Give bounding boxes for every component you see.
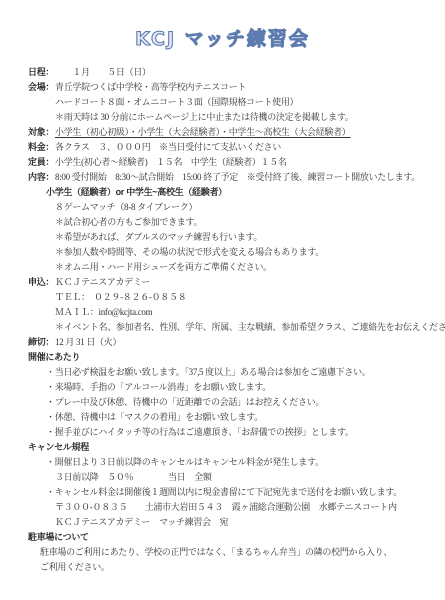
document-body: 日程： １月 ５日（日）会場：青丘学院つくば中学校・高等学校内テニスコートハード… [0, 65, 445, 575]
line-text: 12 月 31 日（火） [55, 337, 121, 347]
field-label: 料金： [28, 140, 55, 155]
field-label: 申込： [28, 275, 55, 290]
doc-line: 締切：12 月 31 日（火） [0, 335, 445, 350]
document-page: KCJ マッチ練習会 日程： １月 ５日（日）会場：青丘学院つくば中学校・高等学… [0, 0, 445, 600]
line-text: ＊イベント名、参加者名、性別、学年、所属、主な戦績、参加希望クラス、ご連絡先をお… [55, 322, 445, 332]
doc-line: 会場：青丘学院つくば中学校・高等学校内テニスコート [0, 80, 445, 95]
field-label: 開催にあたり [28, 350, 80, 365]
doc-line: ハードコート８面・オムニコート３面（国際規格コート使用） [0, 95, 445, 110]
line-text: 駐車場のご利用にあたり、学校の正門ではなく、「まるちゃん弁当」の隣の校門から入り… [40, 547, 392, 557]
line-text: ・握手並びにハイタッチ等の行為はご遠慮頂き、「お辞儀での挨拶」とします。 [46, 427, 354, 437]
doc-line: ＊オムニ用・ハード用シューズを両方ご準備ください。 [0, 260, 445, 275]
line-text: ＫＣＪテニスアカデミー [55, 277, 150, 287]
section-heading-line: キャンセル規程 [0, 440, 445, 455]
field-label: 対象： [28, 125, 55, 140]
line-text: ・キャンセル料金は開催後１週間以内に現金書留にて下記宛先まで送付をお願い致します… [46, 487, 402, 497]
doc-line: ご利用ください。 [0, 560, 445, 575]
doc-line: 小学生（経験者）or 中学生~高校生（経験者） [0, 185, 445, 200]
line-text: ＫＣＪテニスアカデミー マッチ練習会 宛 [55, 517, 228, 527]
line-text: ご利用ください。 [40, 562, 110, 572]
section-heading-line: 開催にあたり [0, 350, 445, 365]
doc-line: ＊希望があれば、ダブルスのマッチ練習も行います。 [0, 230, 445, 245]
line-text: ・来場時、手指の「アルコール消毒」をお願い致します。 [46, 382, 271, 392]
line-text: ・休憩、待機中は「マスクの着用」をお願い致します。 [46, 412, 263, 422]
line-text: ＊雨天時は 30 分前にホームページ上に中止または待機の決定を掲載します。 [55, 112, 354, 122]
field-label: 締切： [28, 335, 55, 350]
line-text: 小学生（経験者）or 中学生~高校生（経験者） [46, 187, 227, 197]
doc-line: ＊試合初心者の方もご参加できます。 [0, 215, 445, 230]
line-text: ＊オムニ用・ハード用シューズを両方ご準備ください。 [55, 262, 272, 272]
doc-line: ＊雨天時は 30 分前にホームページ上に中止または待機の決定を掲載します。 [0, 110, 445, 125]
doc-line: ＫＣＪテニスアカデミー マッチ練習会 宛 [0, 515, 445, 530]
line-text: １月 ５日（日） [55, 67, 151, 77]
doc-line: ＭＡＩＬ：info@kcjta.com [0, 305, 445, 320]
field-label: 日程： [28, 65, 55, 80]
line-text: ハードコート８面・オムニコート３面（国際規格コート使用） [55, 97, 298, 107]
line-text: ・プレー中及び休憩、待機中の「近距離での会話」はお控えください。 [46, 397, 324, 407]
doc-line: ・休憩、待機中は「マスクの着用」をお願い致します。 [0, 410, 445, 425]
line-text: ３日前以降 ５０％ 当日 全額 [55, 472, 212, 482]
doc-line: ３日前以降 ５０％ 当日 全額 [0, 470, 445, 485]
field-label: 内容： [28, 170, 55, 185]
doc-line: 〒３００-０８３５ 土浦市大岩田５４３ 霞ヶ浦総合運動公園 水郷テニスコート内 [0, 500, 445, 515]
doc-line: ＊参加人数や時間等、その場の状況で形式を変える場合もあります。 [0, 245, 445, 260]
page-title: KCJ マッチ練習会 [0, 24, 445, 51]
field-label: 駐車場について [28, 530, 89, 545]
field-label: 会場： [28, 80, 55, 95]
line-text: ＊試合初心者の方もご参加できます。 [55, 217, 202, 227]
doc-line: 駐車場のご利用にあたり、学校の正門ではなく、「まるちゃん弁当」の隣の校門から入り… [0, 545, 445, 560]
line-text: ８ゲームマッチ（8-8 タイブレーク） [55, 202, 197, 212]
section-heading-line: 駐車場について [0, 530, 445, 545]
doc-line: 申込：ＫＣＪテニスアカデミー [0, 275, 445, 290]
doc-line: ・プレー中及び休憩、待機中の「近距離での会話」はお控えください。 [0, 395, 445, 410]
doc-line: ＊イベント名、参加者名、性別、学年、所属、主な戦績、参加希望クラス、ご連絡先をお… [0, 320, 445, 335]
line-text: ＴＥＬ： ０２９-８２６-０８５８ [55, 292, 186, 302]
doc-line: 料金：各クラス ３、０００円 ※当日受付にて支払いください [0, 140, 445, 155]
doc-line: 対象：小学生（初心初級）・小学生（大会経験者）・中学生～高校生（大会経験者） [0, 125, 445, 140]
line-text: ・当日必ず検温をお願い致します。「37,5 度以上」ある場合は参加をご遠慮下さい… [46, 367, 370, 377]
doc-line: ・開催日より３日前以降のキャンセルはキャンセル料金が発生します。 [0, 455, 445, 470]
doc-line: ・当日必ず検温をお願い致します。「37,5 度以上」ある場合は参加をご遠慮下さい… [0, 365, 445, 380]
line-text: 各クラス ３、０００円 ※当日受付にて支払いください [55, 142, 281, 152]
line-text: ＭＡＩＬ：info@kcjta.com [55, 307, 152, 317]
line-text: 〒３００-０８３５ 土浦市大岩田５４３ 霞ヶ浦総合運動公園 水郷テニスコート内 [55, 502, 397, 512]
doc-line: ＴＥＬ： ０２９-８２６-０８５８ [0, 290, 445, 305]
line-text: 青丘学院つくば中学校・高等学校内テニスコート [55, 82, 246, 92]
doc-line: 日程： １月 ５日（日） [0, 65, 445, 80]
line-text: ・開催日より３日前以降のキャンセルはキャンセル料金が発生します。 [46, 457, 324, 467]
line-text: 8:00 受付開始 8:30～試合開始 15:00 終了予定 ※受付終了後、練習… [55, 172, 420, 182]
doc-line: ８ゲームマッチ（8-8 タイブレーク） [0, 200, 445, 215]
line-text: ＊参加人数や時間等、その場の状況で形式を変える場合もあります。 [55, 247, 324, 257]
doc-line: ・来場時、手指の「アルコール消毒」をお願い致します。 [0, 380, 445, 395]
doc-line: ・キャンセル料金は開催後１週間以内に現金書留にて下記宛先まで送付をお願い致します… [0, 485, 445, 500]
doc-line: ・握手並びにハイタッチ等の行為はご遠慮頂き、「お辞儀での挨拶」とします。 [0, 425, 445, 440]
doc-line: 内容：8:00 受付開始 8:30～試合開始 15:00 終了予定 ※受付終了後… [0, 170, 445, 185]
doc-line: 定員：小学生(初心者～経験者) １５名 中学生（経験者）１５名 [0, 155, 445, 170]
field-label: キャンセル規程 [28, 440, 89, 455]
line-text: ＊希望があれば、ダブルスのマッチ練習も行います。 [55, 232, 262, 242]
field-label: 定員： [28, 155, 55, 170]
line-text: 小学生（初心初級）・小学生（大会経験者）・中学生～高校生（大会経験者） [55, 127, 351, 137]
line-text: 小学生(初心者～経験者) １５名 中学生（経験者）１５名 [55, 157, 287, 167]
